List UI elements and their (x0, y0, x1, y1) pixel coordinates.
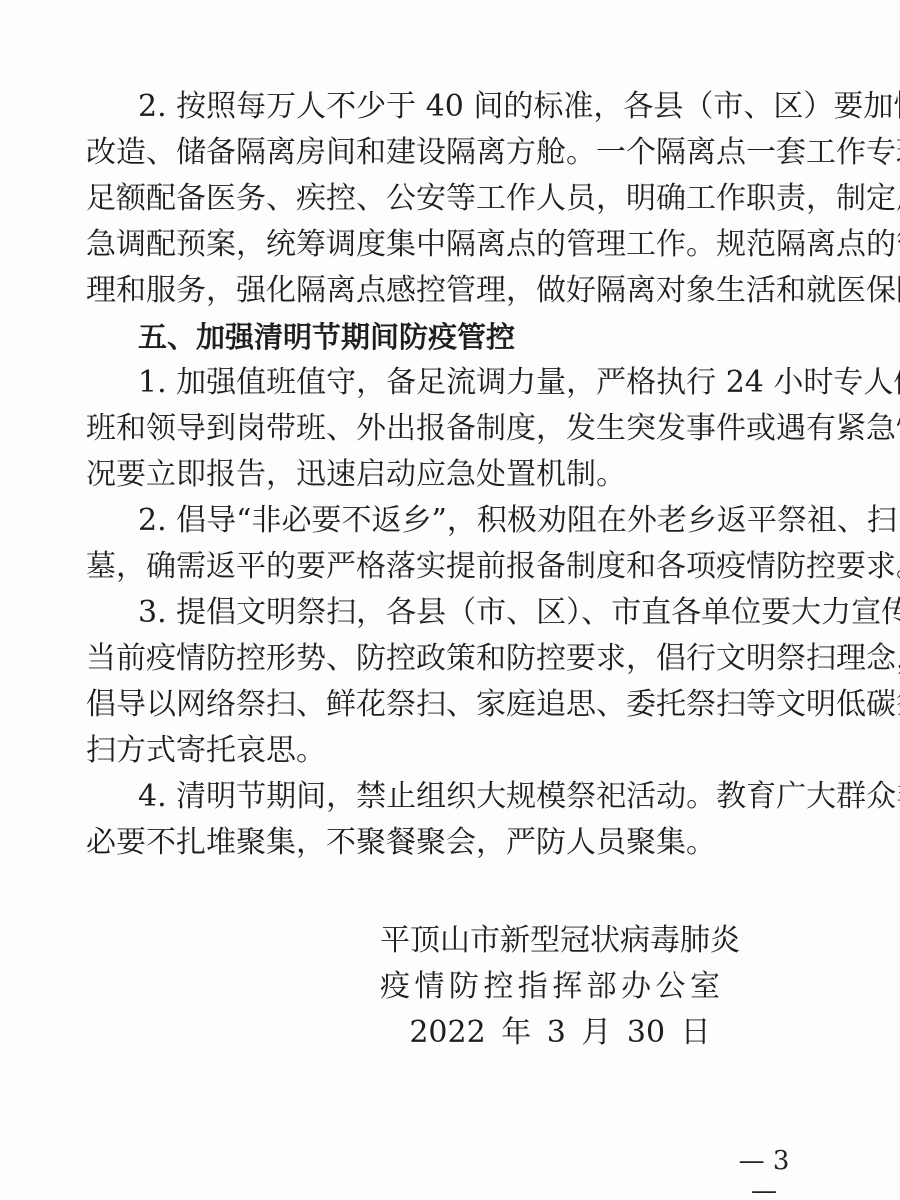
paragraph-no-gatherings: 4. 清明节期间，禁止组织大规模祭祀活动。教育广大群众非 必要不扎堆聚集，不聚餐… (86, 774, 802, 866)
text-line: 墓，确需返平的要严格落实提前报备制度和各项疫情防控要求。 (86, 544, 802, 590)
text-line: 理和服务，强化隔离点感控管理，做好隔离对象生活和就医保障。 (86, 268, 802, 314)
issuing-organization-line-2: 疫情防控指挥部办公室 (380, 964, 720, 1010)
text-line: 2. 按照每万人不少于 40 间的标准，各县（市、区）要加快 (86, 84, 802, 130)
paragraph-civilized-tomb-sweeping: 3. 提倡文明祭扫，各县（市、区）、市直各单位要大力宣传 当前疫情防控形势、防控… (86, 590, 802, 774)
text-line: 扫方式寄托哀思。 (86, 728, 802, 774)
issue-date: 2022 年 3 月 30 日 (380, 1010, 720, 1056)
text-line: 急调配预案，统筹调度集中隔离点的管理工作。规范隔离点的管 (86, 222, 802, 268)
issuing-organization-line-1: 平顶山市新型冠状病毒肺炎 (380, 918, 720, 964)
text-line: 当前疫情防控形势、防控政策和防控要求，倡行文明祭扫理念， (86, 636, 802, 682)
paragraph-isolation-rooms: 2. 按照每万人不少于 40 间的标准，各县（市、区）要加快 改造、储备隔离房间… (86, 84, 802, 314)
text-line: 足额配备医务、疾控、公安等工作人员，明确工作职责，制定应 (86, 176, 802, 222)
page-number: — 3 — (724, 1146, 804, 1200)
text-line: 班和领导到岗带班、外出报备制度，发生突发事件或遇有紧急情 (86, 406, 802, 452)
paragraph-duty-watch: 1. 加强值班值守，备足流调力量，严格执行 24 小时专人值 班和领导到岗带班、… (86, 360, 802, 498)
text-line: 况要立即报告，迅速启动应急处置机制。 (86, 452, 802, 498)
text-line: 必要不扎堆聚集，不聚餐聚会，严防人员聚集。 (86, 820, 802, 866)
text-line: 1. 加强值班值守，备足流调力量，严格执行 24 小时专人值 (86, 360, 802, 406)
text-line: 3. 提倡文明祭扫，各县（市、区）、市直各单位要大力宣传 (86, 590, 802, 636)
text-line: 2. 倡导“非必要不返乡”，积极劝阻在外老乡返平祭祖、扫 (86, 498, 802, 544)
paragraph-no-return-home: 2. 倡导“非必要不返乡”，积极劝阻在外老乡返平祭祖、扫 墓，确需返平的要严格落… (86, 498, 802, 590)
section-heading: 五、加强清明节期间防疫管控 (86, 314, 802, 360)
document-body: 2. 按照每万人不少于 40 间的标准，各县（市、区）要加快 改造、储备隔离房间… (86, 84, 802, 866)
text-line: 4. 清明节期间，禁止组织大规模祭祀活动。教育广大群众非 (86, 774, 802, 820)
text-line: 倡导以网络祭扫、鲜花祭扫、家庭追思、委托祭扫等文明低碳祭 (86, 682, 802, 728)
document-page: 2. 按照每万人不少于 40 间的标准，各县（市、区）要加快 改造、储备隔离房间… (0, 0, 900, 1200)
text-line: 改造、储备隔离房间和建设隔离方舱。一个隔离点一套工作专班， (86, 130, 802, 176)
signature-block: 平顶山市新型冠状病毒肺炎 疫情防控指挥部办公室 2022 年 3 月 30 日 (380, 918, 720, 1056)
